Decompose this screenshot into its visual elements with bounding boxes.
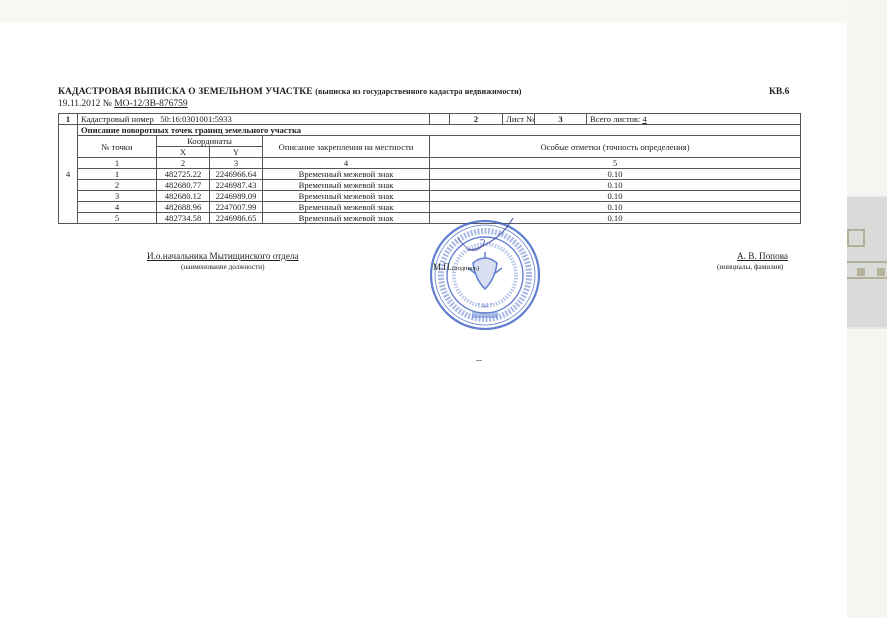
table-row: 2 482680.77 2246987.43 Временный межевой… (59, 180, 801, 191)
cadastral-table: 1 Кадастровый номер 50:16:0301001:5933 2… (58, 113, 801, 224)
table-row: 3 482680.12 2246989.09 Временный межевой… (59, 191, 801, 202)
official-position-caption: (наименование должности) (181, 263, 265, 271)
col-y-header: Y (210, 147, 263, 158)
section-number: 4 (59, 125, 78, 224)
col-x-header: X (157, 147, 210, 158)
col-coords-header: Координаты (157, 136, 263, 147)
form-code: КВ.6 (769, 87, 789, 97)
table-row: 4 482688.96 2247007.99 Временный межевой… (59, 202, 801, 213)
section-title-row: 4 Описание поворотных точек границ земел… (59, 125, 801, 136)
svg-text:* 12 *: * 12 * (478, 303, 493, 309)
scan-mark (476, 360, 482, 361)
col-point-header: № точки (78, 136, 157, 158)
document-date: 19.11.2012 (58, 99, 100, 109)
table-row: 1 482725.22 2246966.64 Временный межевой… (59, 169, 801, 180)
col-fixing-header: Описание закрепления на местности (263, 136, 430, 158)
cadastral-number: 50:16:0301001:5933 (160, 114, 232, 124)
total-sheets-cell: Всего листов: 4 (587, 114, 801, 125)
official-position: И.о.начальника Мытищинского отдела (147, 251, 299, 261)
scan-top-band (0, 0, 887, 23)
film-strip-icon (847, 261, 887, 279)
cell-number-2: 2 (450, 114, 503, 125)
header-row: 1 Кадастровый номер 50:16:0301001:5933 2… (59, 114, 801, 125)
col-notes-header: Особые отметки (точность определения) (430, 136, 801, 158)
column-numbers-row: 1 2 3 4 5 (59, 158, 801, 169)
official-name-caption: (инициалы, фамилия) (717, 263, 783, 271)
official-seal-icon: * 12 * (428, 218, 542, 332)
cell-number-3: 3 (535, 114, 587, 125)
cadastral-number-cell: Кадастровый номер 50:16:0301001:5933 (78, 114, 430, 125)
photo-icon (847, 229, 865, 247)
document-subtitle: (выписка из государственного кадастра не… (315, 87, 521, 96)
sheet-number-cell: Лист № 4 (503, 114, 535, 125)
scanner-side-panel (847, 195, 887, 329)
column-header-row: № точки Координаты Описание закрепления … (59, 136, 801, 147)
document-number: МО-12/ЗВ-876759 (114, 99, 187, 109)
seal-signature-label: М.П.(подпись) (433, 262, 479, 272)
document-title: КАДАСТРОВАЯ ВЫПИСКА О ЗЕМЕЛЬНОМ УЧАСТКЕ … (58, 87, 522, 97)
section-title: Описание поворотных точек границ земельн… (78, 125, 801, 136)
document-date-number: 19.11.2012 № МО-12/ЗВ-876759 (58, 99, 188, 109)
cell-number-1: 1 (59, 114, 78, 125)
official-name: А. В. Попова (737, 251, 788, 261)
